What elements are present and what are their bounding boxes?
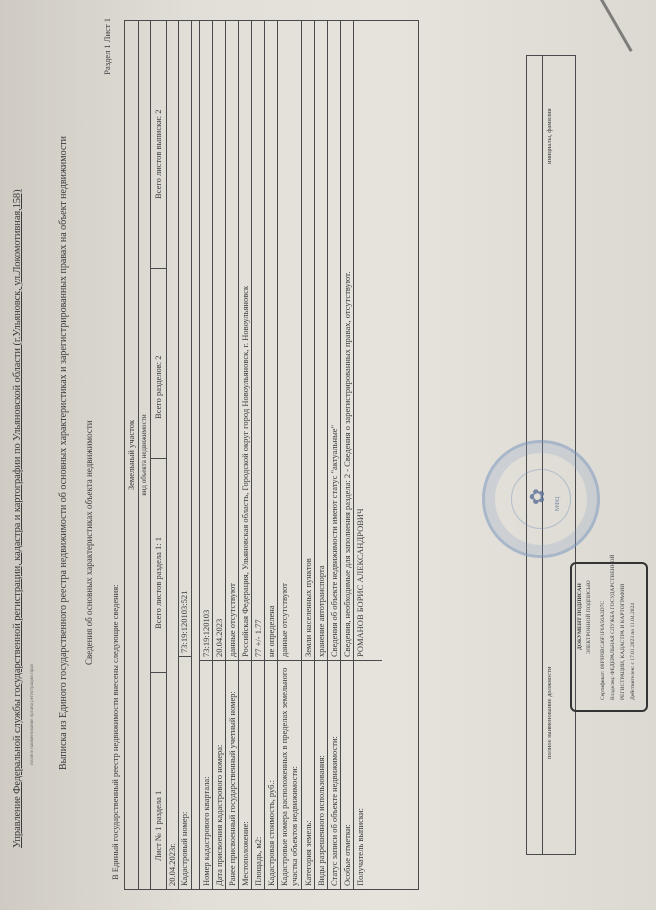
table-row: Виды разрешенного использования:хранение…: [315, 21, 328, 889]
object-type-caption-row: вид объекта недвижимости: [139, 21, 151, 889]
sheet-info-row: Лист № 1 раздела 1 Всего листов раздела …: [151, 21, 167, 889]
egrn-extract-page: Управление Федеральной службы государств…: [0, 0, 656, 910]
organization-name: Управление Федеральной службы государств…: [12, 190, 23, 848]
position-caption: полное наименование должности: [546, 667, 553, 759]
section-sheet-label: Раздел 1 Лист 1: [102, 18, 112, 75]
section-title: Сведения об основных характеристиках объ…: [84, 420, 94, 665]
table-row: Особые отметки:Сведения, необходимые для…: [341, 21, 354, 889]
object-type-caption: вид объекта недвижимости: [140, 21, 148, 889]
object-type-row: Земельный участок: [125, 21, 139, 889]
characteristics-table: Номер кадастрового квартала:73:19:120103…: [200, 21, 418, 889]
table-row: Кадастровые номера расположенных в преде…: [278, 21, 302, 889]
table-row: Статус записи об объекте недвижимости:Св…: [328, 21, 341, 889]
cadastral-number-label: Кадастровый номер:: [180, 812, 190, 886]
table-row: Дата присвоения кадастрового номера:20.0…: [213, 21, 226, 889]
object-type: Земельный участок: [127, 21, 137, 889]
round-seal: ✿ МФЦ: [482, 440, 600, 558]
name-caption: инициалы, фамилия: [546, 108, 553, 164]
main-table: Земельный участок вид объекта недвижимос…: [124, 20, 419, 890]
sheets-in-section: Всего листов раздела 1: 1: [154, 537, 164, 629]
organization-sublabel: полное наименование органа регистрации п…: [30, 664, 35, 765]
table-row: Площадь, м2:77 +/- 1.77: [252, 21, 265, 889]
cadastral-number-value: 73:19:120103:521: [180, 591, 190, 653]
electronic-signature-stamp: ДОКУМЕНТ ПОДПИСАН ЭЛЕКТРОННОЙ ПОДПИСЬЮ С…: [570, 562, 648, 712]
cadastral-number-row: Кадастровый номер: 73:19:120103:521: [179, 21, 192, 889]
document-title: Выписка из Единого государственного реес…: [58, 136, 69, 770]
seal-emblem-icon: ✿: [525, 488, 550, 505]
sheet-number: Лист № 1 раздела 1: [154, 791, 164, 861]
table-row: Местоположение:Российская Федерация, Уль…: [239, 21, 252, 889]
spacer-row: [192, 21, 200, 889]
sections-total: Всего разделов: 2: [154, 355, 164, 419]
table-row: Кадастровая стоимость, руб.:не определен…: [265, 21, 278, 889]
table-row: Ранее присвоенный государственный учетны…: [226, 21, 239, 889]
extract-date: 20.04.2023г.: [168, 843, 178, 886]
intro-text: В Единый государственный реестр недвижим…: [110, 585, 120, 881]
table-row: Категория земель:Земли населенных пункто…: [302, 21, 315, 889]
table-row: Номер кадастрового квартала:73:19:120103: [200, 21, 213, 889]
table-row: Получатель выписки:РОМАНОВ БОРИС АЛЕКСАН…: [354, 21, 367, 889]
date-row: 20.04.2023г.: [167, 21, 179, 889]
sheets-total: Всего листов выписки: 2: [154, 109, 164, 199]
